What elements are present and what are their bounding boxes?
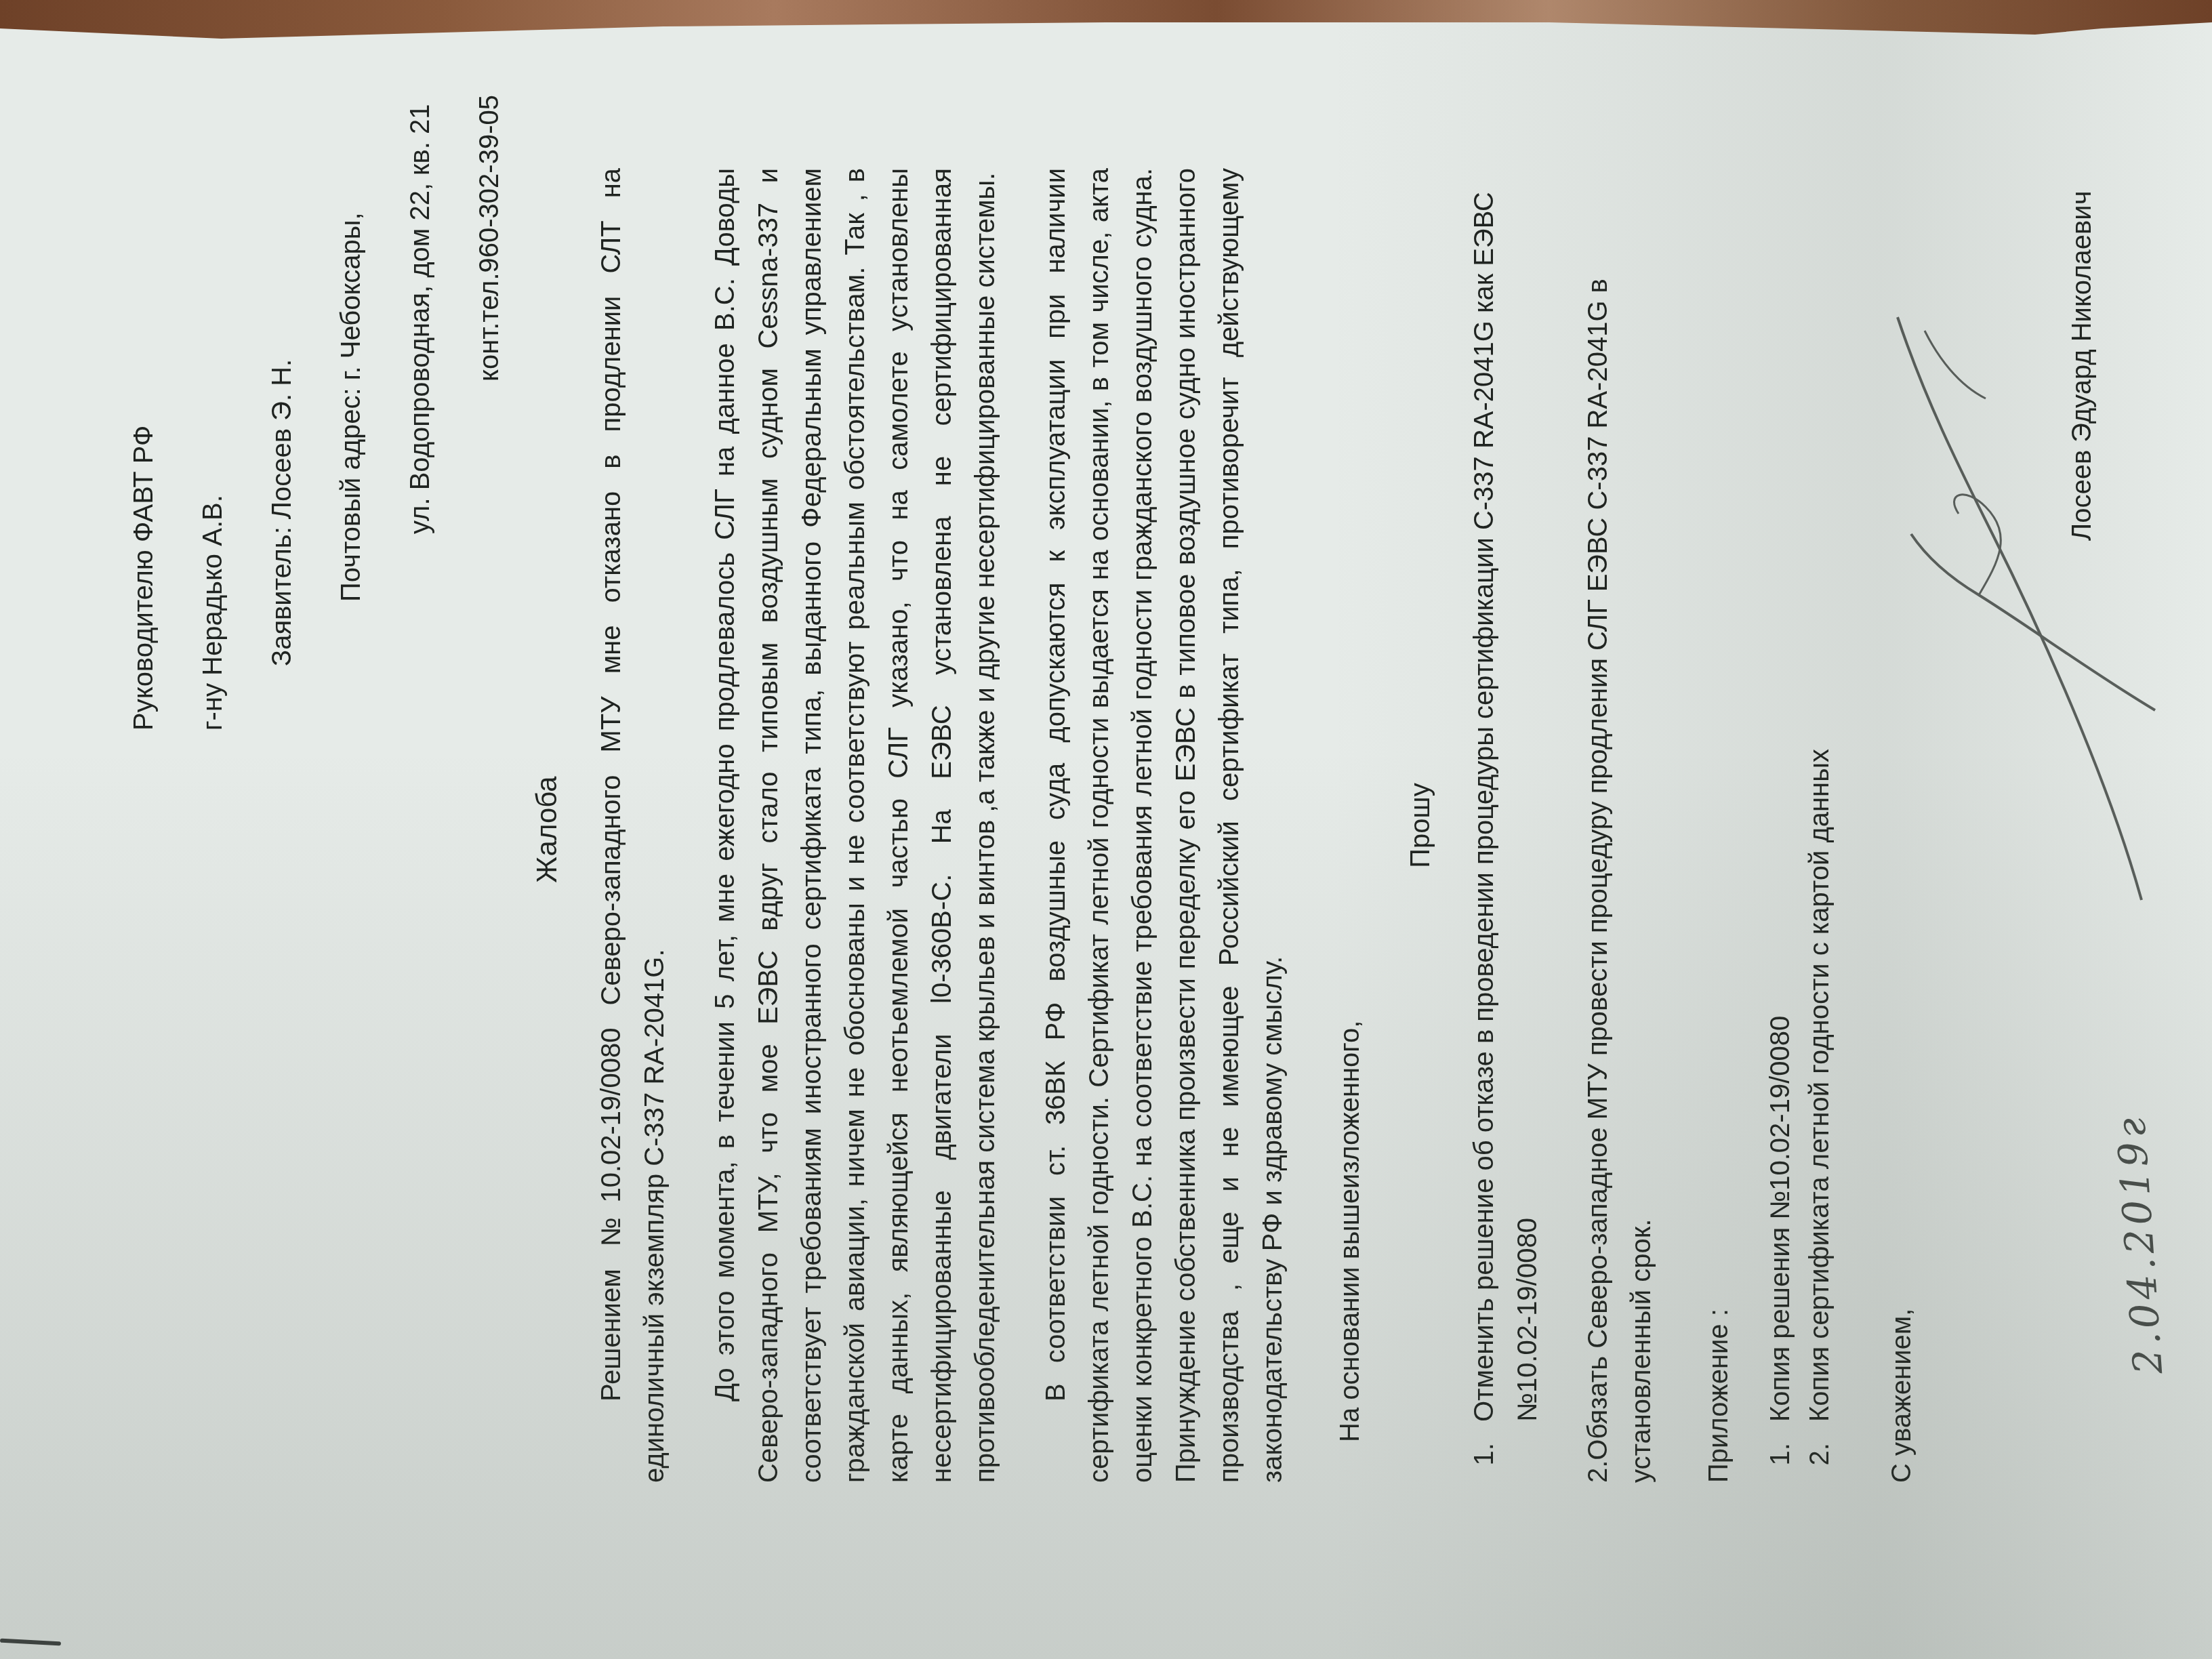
contact-phone: конт.тел.960-302-39-05 [468,53,511,382]
request-item: Отменить решение об отказе в проведении … [1462,168,1549,1435]
signer-name: Лосеев Эдуард Николаевич [2060,190,2104,541]
street-address: ул. Водопроводная, дом 22, кв. 21 [398,53,442,534]
request-heading: Прошу [1399,168,1442,1483]
handwritten-signature [1884,304,2169,914]
handwritten-date: 2.04.2019г [2109,1113,2171,1376]
document-body: Решением №10.02-19/0080 Северо-западного… [590,168,1923,1483]
document-page: Руководителю ФАВТ РФ г-ну Нерадько А.В. … [0,0,2212,1659]
request-item: 2.Обязать Северо-западное МТУ провести п… [1576,168,1663,1483]
request-list: Отменить решение об отказе в проведении … [1462,168,1549,1483]
attachment-item: Копия сертификата летной годности с карт… [1800,168,1839,1435]
addressee-title: Руководителю ФАВТ РФ [122,53,165,731]
postal-address: Почтовый адрес: г. Чебоксары, [329,53,373,602]
paragraph-history: До этого момента, в течении 5 лет, мне е… [703,168,1007,1483]
addressee-name: г-ну Нерадько А.В. [191,53,234,731]
attachment-item: Копия решения №10.02-19/0080 [1761,168,1800,1435]
basis-line: На основании вышеизложенного, [1328,168,1372,1483]
paragraph-legal-basis: В соответствии ст. 36ВК РФ воздушные суд… [1034,168,1294,1483]
paragraph-decision: Решением №10.02-19/0080 Северо-западного… [590,168,676,1483]
attachments-list: Копия решения №10.02-19/0080 Копия серти… [1761,168,1839,1483]
addressee-block: Руководителю ФАВТ РФ г-ну Нерадько А.В. … [122,53,537,731]
document-title: Жалоба [525,0,569,1659]
applicant: Заявитель: Лосеев Э. Н. [260,53,304,666]
attachments-heading: Приложение : [1697,168,1740,1483]
